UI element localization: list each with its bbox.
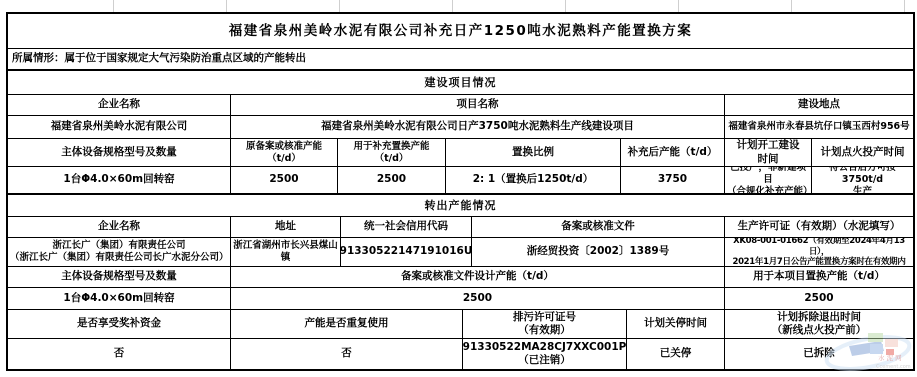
header-subsidy: 是否享受奖补资金 bbox=[8, 310, 231, 338]
header-production-license: 生产许可证（有效期）（水泥填写） bbox=[725, 217, 913, 237]
header-shutdown-time: 计划关停时间 bbox=[627, 310, 725, 338]
header-replacement-ratio: 置换比例 bbox=[446, 139, 621, 166]
table-row: 是否享受奖补资金 产能是否重复使用 排污许可证号 （有效期） 计划关停时间 计划… bbox=[8, 310, 913, 339]
table-row: 1台Φ4.0×60m回转窑 2500 2500 bbox=[8, 288, 913, 310]
table-row: 企业名称 地址 统一社会信用代码 备案或核准文件 生产许可证（有效期）（水泥填写… bbox=[8, 217, 913, 238]
value-after-capacity: 3750 bbox=[621, 167, 725, 193]
ccement-watermark-logo: 水 泥 网 Ccement.com bbox=[823, 329, 915, 375]
gridline-tick bbox=[791, 0, 792, 12]
value-construction-site: 福建省泉州市永春县坑仔口镇玉西村956号 bbox=[725, 116, 913, 138]
document-page: 福建省泉州美岭水泥有限公司补充日产1250吨水泥熟料产能置换方案 所属情形：属于… bbox=[0, 0, 917, 377]
section-title-construction: 建设项目情况 bbox=[8, 71, 913, 94]
header-transfer-address: 地址 bbox=[231, 217, 341, 237]
watermark-square-blue bbox=[870, 344, 883, 354]
header-construction-site: 建设地点 bbox=[725, 95, 913, 115]
header-approval-document: 备案或核准文件 bbox=[472, 217, 725, 237]
gridline-tick bbox=[904, 0, 905, 12]
gridline-tick bbox=[452, 0, 453, 12]
value-approval-document: 浙经贸投资〔2002〕1389号 bbox=[472, 238, 725, 266]
table-row: 企业名称 项目名称 建设地点 bbox=[8, 95, 913, 116]
value-main-equipment: 1台Φ4.0×60m回转窑 bbox=[8, 167, 231, 193]
value-replacement-ratio: 2: 1（置换后1250t/d） bbox=[446, 167, 621, 193]
header-capacity-reused: 产能是否重复使用 bbox=[231, 310, 463, 338]
table-row: 浙江长广（集团）有限责任公司 （浙江长广（集团）有限责任公司长广水泥分公司） 浙… bbox=[8, 238, 913, 267]
page-title: 福建省泉州美岭水泥有限公司补充日产1250吨水泥熟料产能置换方案 bbox=[8, 14, 913, 48]
value-capacity-reused: 否 bbox=[231, 339, 463, 369]
table-row: 1台Φ4.0×60m回转窑 2500 2500 2: 1（置换后1250t/d）… bbox=[8, 167, 913, 195]
value-original-capacity: 2500 bbox=[231, 167, 338, 193]
situation-note: 所属情形：属于位于国家规定大气污染防治重点区域的产能转出 bbox=[8, 49, 913, 69]
capacity-replacement-table: 福建省泉州美岭水泥有限公司补充日产1250吨水泥熟料产能置换方案 所属情形：属于… bbox=[6, 12, 915, 371]
gridline-tick bbox=[339, 0, 340, 12]
table-row: 主体设备规格型号及数量 原备案或核准产能（t/d） 用于补充置换产能（t/d） … bbox=[8, 139, 913, 167]
gridline-tick bbox=[678, 0, 679, 12]
watermark-domain: Ccement.com bbox=[876, 364, 911, 370]
value-supplement-capacity: 2500 bbox=[338, 167, 446, 193]
value-planned-start-time: 已投产，非新建项目 （合规化补充产能） bbox=[725, 167, 812, 193]
header-main-equipment: 主体设备规格型号及数量 bbox=[8, 139, 231, 166]
header-used-for-project-capacity: 用于本项目置换产能（t/d） bbox=[725, 267, 913, 287]
section-title-transfer: 转出产能情况 bbox=[8, 195, 913, 216]
header-designed-capacity: 备案或核准文件设计产能（t/d） bbox=[231, 267, 725, 287]
header-discharge-permit: 排污许可证号 （有效期） bbox=[463, 310, 627, 338]
header-project-name: 项目名称 bbox=[231, 95, 725, 115]
gridline-tick bbox=[226, 0, 227, 12]
header-transfer-equipment: 主体设备规格型号及数量 bbox=[8, 267, 231, 287]
value-planned-ignition-time: 待公告后方可按3750t/d 生产 bbox=[812, 167, 913, 193]
value-transfer-equipment: 1台Φ4.0×60m回转窑 bbox=[8, 288, 231, 309]
header-planned-ignition-time: 计划点火投产时间 bbox=[812, 139, 913, 166]
watermark-square-salmon bbox=[885, 339, 898, 347]
table-row: 转出产能情况 bbox=[8, 195, 913, 217]
value-project-name: 福建省泉州美岭水泥有限公司日产3750吨水泥熟料生产线建设项目 bbox=[231, 116, 725, 138]
table-row: 主体设备规格型号及数量 备案或核准文件设计产能（t/d） 用于本项目置换产能（t… bbox=[8, 267, 913, 288]
gridline-tick bbox=[113, 0, 114, 12]
value-company-name: 福建省泉州美岭水泥有限公司 bbox=[8, 116, 231, 138]
table-row: 建设项目情况 bbox=[8, 71, 913, 95]
value-credit-code: 91330522147191016U bbox=[341, 238, 472, 266]
table-row: 福建省泉州美岭水泥有限公司 福建省泉州美岭水泥有限公司日产3750吨水泥熟料生产… bbox=[8, 116, 913, 139]
value-discharge-permit: 91330522MA28CJ7XXC001P （已注销） bbox=[463, 339, 627, 369]
header-after-capacity: 补充后产能（t/d） bbox=[621, 139, 725, 166]
gridline-tick bbox=[565, 0, 566, 12]
value-production-license: XK08-001-01662（有效期至2024年4月13日）， 2021年1月7… bbox=[725, 238, 913, 266]
header-company-name: 企业名称 bbox=[8, 95, 231, 115]
table-row: 否 否 91330522MA28CJ7XXC001P （已注销） 已关停 已拆除 bbox=[8, 339, 913, 369]
header-supplement-capacity: 用于补充置换产能（t/d） bbox=[338, 139, 446, 166]
value-transfer-address: 浙江省湖州市长兴县煤山镇 bbox=[231, 238, 341, 266]
value-subsidy: 否 bbox=[8, 339, 231, 369]
header-credit-code: 统一社会信用代码 bbox=[341, 217, 472, 237]
header-original-capacity: 原备案或核准产能（t/d） bbox=[231, 139, 338, 166]
watermark-name: 水 泥 网 bbox=[878, 353, 902, 362]
value-shutdown-time: 已关停 bbox=[627, 339, 725, 369]
watermark-square-green bbox=[868, 333, 883, 342]
value-designed-capacity: 2500 bbox=[231, 288, 725, 309]
header-transfer-company: 企业名称 bbox=[8, 217, 231, 237]
table-row: 福建省泉州美岭水泥有限公司补充日产1250吨水泥熟料产能置换方案 bbox=[8, 14, 913, 49]
table-row: 所属情形：属于位于国家规定大气污染防治重点区域的产能转出 bbox=[8, 49, 913, 71]
header-planned-start-time: 计划开工建设 时间 bbox=[725, 139, 812, 166]
value-transfer-company: 浙江长广（集团）有限责任公司 （浙江长广（集团）有限责任公司长广水泥分公司） bbox=[8, 238, 231, 266]
value-used-for-project-capacity: 2500 bbox=[725, 288, 913, 309]
